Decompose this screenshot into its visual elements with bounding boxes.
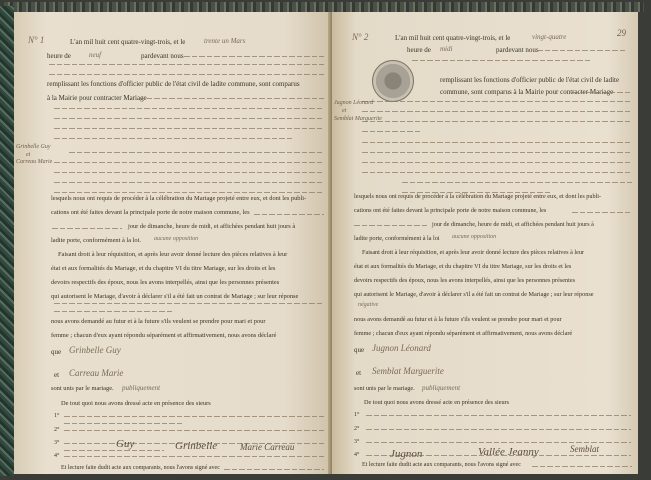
handwriting [54,128,324,129]
signature: Marie Carreau [240,442,294,452]
handwritten-no-opposition: aucune opposition [154,236,198,242]
printed-line: cations ont été faites devant la princip… [354,207,546,214]
printed-line: De tout quoi nous avons dressé acte en p… [61,400,211,407]
handwriting [54,192,324,193]
printed-line: jour de dimanche, heure de midi, et affi… [432,221,594,228]
handwritten-hour: neuf [89,51,101,59]
handwriting [64,423,184,424]
act-number: N° 2 [352,32,368,42]
printed-line: remplissant les fonctions d'officier pub… [440,76,619,84]
handwriting [366,429,631,430]
handwritten-bride: Carreau Marie [69,368,123,378]
handwriting [54,138,294,139]
witness-number: 3° [354,439,359,445]
handwriting [366,442,631,443]
signature: Semblat [570,444,599,454]
handwriting [54,182,324,183]
printed-line: Et lecture faite dudit acte aux comparan… [61,465,220,471]
printed-line: Faisant droit à leur réquisition, et apr… [58,251,287,258]
printed-line: pardevant nous [141,52,184,60]
handwriting [572,92,632,93]
handwriting [366,415,631,416]
printed-line: qui autorisent le Mariage, d'avoir à déc… [51,293,298,300]
handwriting [402,182,632,183]
witness-number: 4° [354,452,359,458]
handwriting [49,74,324,75]
signature: Guy [116,438,134,450]
handwriting [362,101,632,102]
printed-line: jour de dimanche, heure de midi, et affi… [128,223,295,230]
printed-line: devoirs respectifs des époux, nous les a… [354,277,575,284]
book-cover-top [4,2,644,12]
witness-number: 2° [354,426,359,432]
printed-line: sont unis par le mariage. [51,385,114,392]
handwriting [184,56,324,57]
printed-line: femme ; chacun d'eux ayant répondu sépar… [354,330,572,337]
printed-line: L'an mil huit cent quatre-vingt-trois, e… [70,38,185,46]
margin-name: Jugnon Léonard [334,100,373,106]
register-book: N° 1 L'an mil huit cent quatre-vingt-tro… [0,0,651,480]
signature: Grinbelle [175,440,217,452]
signature: Vallée Jeanny [478,446,539,458]
handwritten-date: trente un Mars [204,37,245,45]
printed-line: femme ; chacun d'eux ayant répondu sépar… [51,332,276,339]
official-seal-stamp [372,60,414,102]
printed-line: état et aux formalités du Mariage, et du… [354,263,571,270]
printed-line: devoirs respectifs des époux, nous les a… [51,279,279,286]
margin-name: Grinbelle Guy [16,144,51,150]
handwritten-union: publiquement [122,384,160,392]
witness-number: 2° [54,427,59,433]
handwriting [64,450,164,451]
printed-et: et [54,371,59,379]
printed-line: nous avons demandé au futur et à la futu… [354,316,562,323]
handwriting [64,456,324,457]
margin-name: Carreau Marie [16,159,52,165]
margin-name: et [342,108,346,114]
handwriting [362,152,632,153]
handwriting [49,64,324,65]
margin-name: et [26,152,30,158]
printed-line: lesquels nous ont requis de procéder à l… [354,193,601,200]
handwriting [54,108,324,109]
handwriting [362,172,632,173]
printed-line: pardevant nous [496,46,539,54]
handwritten-response: négative [358,302,378,308]
left-page: N° 1 L'an mil huit cent quatre-vingt-tro… [14,12,332,474]
handwritten-union: publiquement [422,384,460,392]
printed-line: à la Mairie pour contracter Mariage [47,94,147,102]
handwriting [54,311,174,312]
printed-et: et [356,369,361,377]
handwriting [54,303,324,304]
handwritten-no-opposition: aucune opposition [452,234,496,240]
handwriting [537,50,627,51]
handwriting [52,228,122,229]
printed-line: Et lecture faite dudit acte aux comparan… [362,462,521,468]
handwritten-groom: Jugnon Léonard [372,343,431,353]
printed-line: De tout quoi nous avons dressé acte en p… [364,399,509,406]
handwritten-bride: Semblat Marguerite [372,366,444,376]
handwritten-date: vingt-quatre [532,33,566,41]
handwriting [54,162,324,163]
page-number: 29 [617,28,626,38]
printed-line: L'an mil huit cent quatre-vingt-trois, e… [395,34,510,42]
handwriting [362,131,422,132]
handwritten-hour: midi [440,45,452,53]
margin-name: Semblat Marguerite [334,116,382,122]
act-number: N° 1 [28,35,44,45]
printed-line: Faisant droit à leur réquisition, et apr… [362,249,584,256]
handwriting [139,98,324,99]
witness-number: 3° [54,440,59,446]
signature: Jugnon [390,448,422,460]
printed-line: ladite porte, conformément à la loi. [51,237,141,244]
handwriting [64,430,324,431]
printed-line: nous avons demandé au futur et à la futu… [51,318,265,325]
handwriting [572,212,632,213]
handwriting [532,466,632,467]
printed-line: cations ont été faites devant la princip… [51,209,250,216]
handwriting [64,416,324,417]
handwriting [354,225,429,226]
handwriting [362,111,632,112]
handwritten-groom: Grinbelle Guy [69,345,121,355]
handwriting [254,214,324,215]
printed-line: lesquels nous ont requis de procéder à l… [51,195,306,202]
handwriting [54,172,324,173]
book-cover-marbled [0,6,14,476]
printed-line: sont unis par le mariage. [354,385,415,392]
handwriting [54,118,324,119]
witness-number: 1° [54,413,59,419]
witness-number: 4° [54,453,59,459]
printed-line: état et aux formalités du Mariage, et du… [51,265,275,272]
printed-que: que [51,348,61,356]
witness-number: 1° [354,412,359,418]
printed-line: ladite porte, conformément à la loi [354,235,440,242]
printed-que: que [354,346,364,354]
handwriting [362,142,632,143]
handwriting [69,152,324,153]
handwriting [362,162,632,163]
printed-line: heure de [47,52,71,60]
handwriting [362,121,632,122]
printed-line: qui autorisent le Mariage, d'avoir à déc… [354,291,594,298]
right-page: N° 2 29 L'an mil huit cent quatre-vingt-… [332,12,638,474]
handwriting [412,60,592,61]
handwriting [224,469,324,470]
printed-line: remplissant les fonctions d'officier pub… [47,80,300,88]
printed-line: heure de [407,46,431,54]
